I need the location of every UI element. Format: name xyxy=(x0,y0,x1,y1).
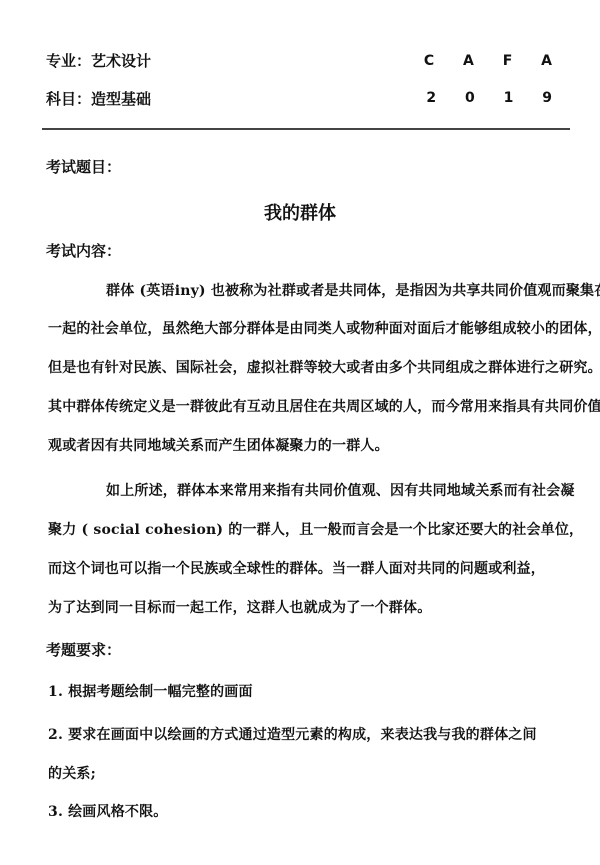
content-line: 观或者因有共同地域关系而产生团体凝聚力的一群人。 xyxy=(48,435,389,455)
requirement-item: 3. 绘画风格不限。 xyxy=(48,801,168,821)
exam-topic-label: 考试题目： xyxy=(46,156,121,177)
content-line: 为了达到同一目标而一起工作，这群人也就成为了一个群体。 xyxy=(48,597,431,617)
requirements-label: 考题要求： xyxy=(46,639,121,660)
exam-content-label: 考试内容： xyxy=(46,240,121,261)
major-label: 专业：艺术设计 xyxy=(46,50,151,71)
requirement-item: 的关系; xyxy=(48,763,96,783)
header-divider xyxy=(42,128,570,130)
requirement-item: 1. 根据考题绘制一幅完整的画面 xyxy=(48,681,253,701)
subject-label: 科目：造型基础 xyxy=(46,88,151,109)
content-line: 如上所述，群体本来常用来指有共同价值观、因有共同地域关系而有社会凝 xyxy=(106,480,575,500)
school-code: C A F A xyxy=(424,53,564,69)
content-line: 聚力 ( social cohesion) 的一群人，且一般而言会是一个比家还要… xyxy=(48,519,583,539)
exam-year: 2 0 1 9 xyxy=(426,90,564,106)
requirement-item: 2. 要求在画面中以绘画的方式通过造型元素的构成，来表达我与我的群体之间 xyxy=(48,724,537,744)
content-line: 但是也有针对民族、国际社会，虚拟社群等较大或者由多个共同组成之群体进行之研究。 xyxy=(48,357,600,377)
content-line: 而这个词也可以指一个民族或全球性的群体。当一群人面对共同的问题或利益， xyxy=(48,558,545,578)
content-line: 其中群体传统定义是一群彼此有互动且居住在共周区域的人，而今常用来指具有共同价值 xyxy=(48,396,600,416)
exam-title: 我的群体 xyxy=(0,199,600,225)
content-line: 群体 (英语iny) 也被称为社群或者是共同体，是指因为共享共同价值观而聚集在 xyxy=(106,280,600,300)
content-line: 一起的社会单位，虽然绝大部分群体是由同类人或物种面对面后才能够组成较小的团体， xyxy=(48,318,600,338)
